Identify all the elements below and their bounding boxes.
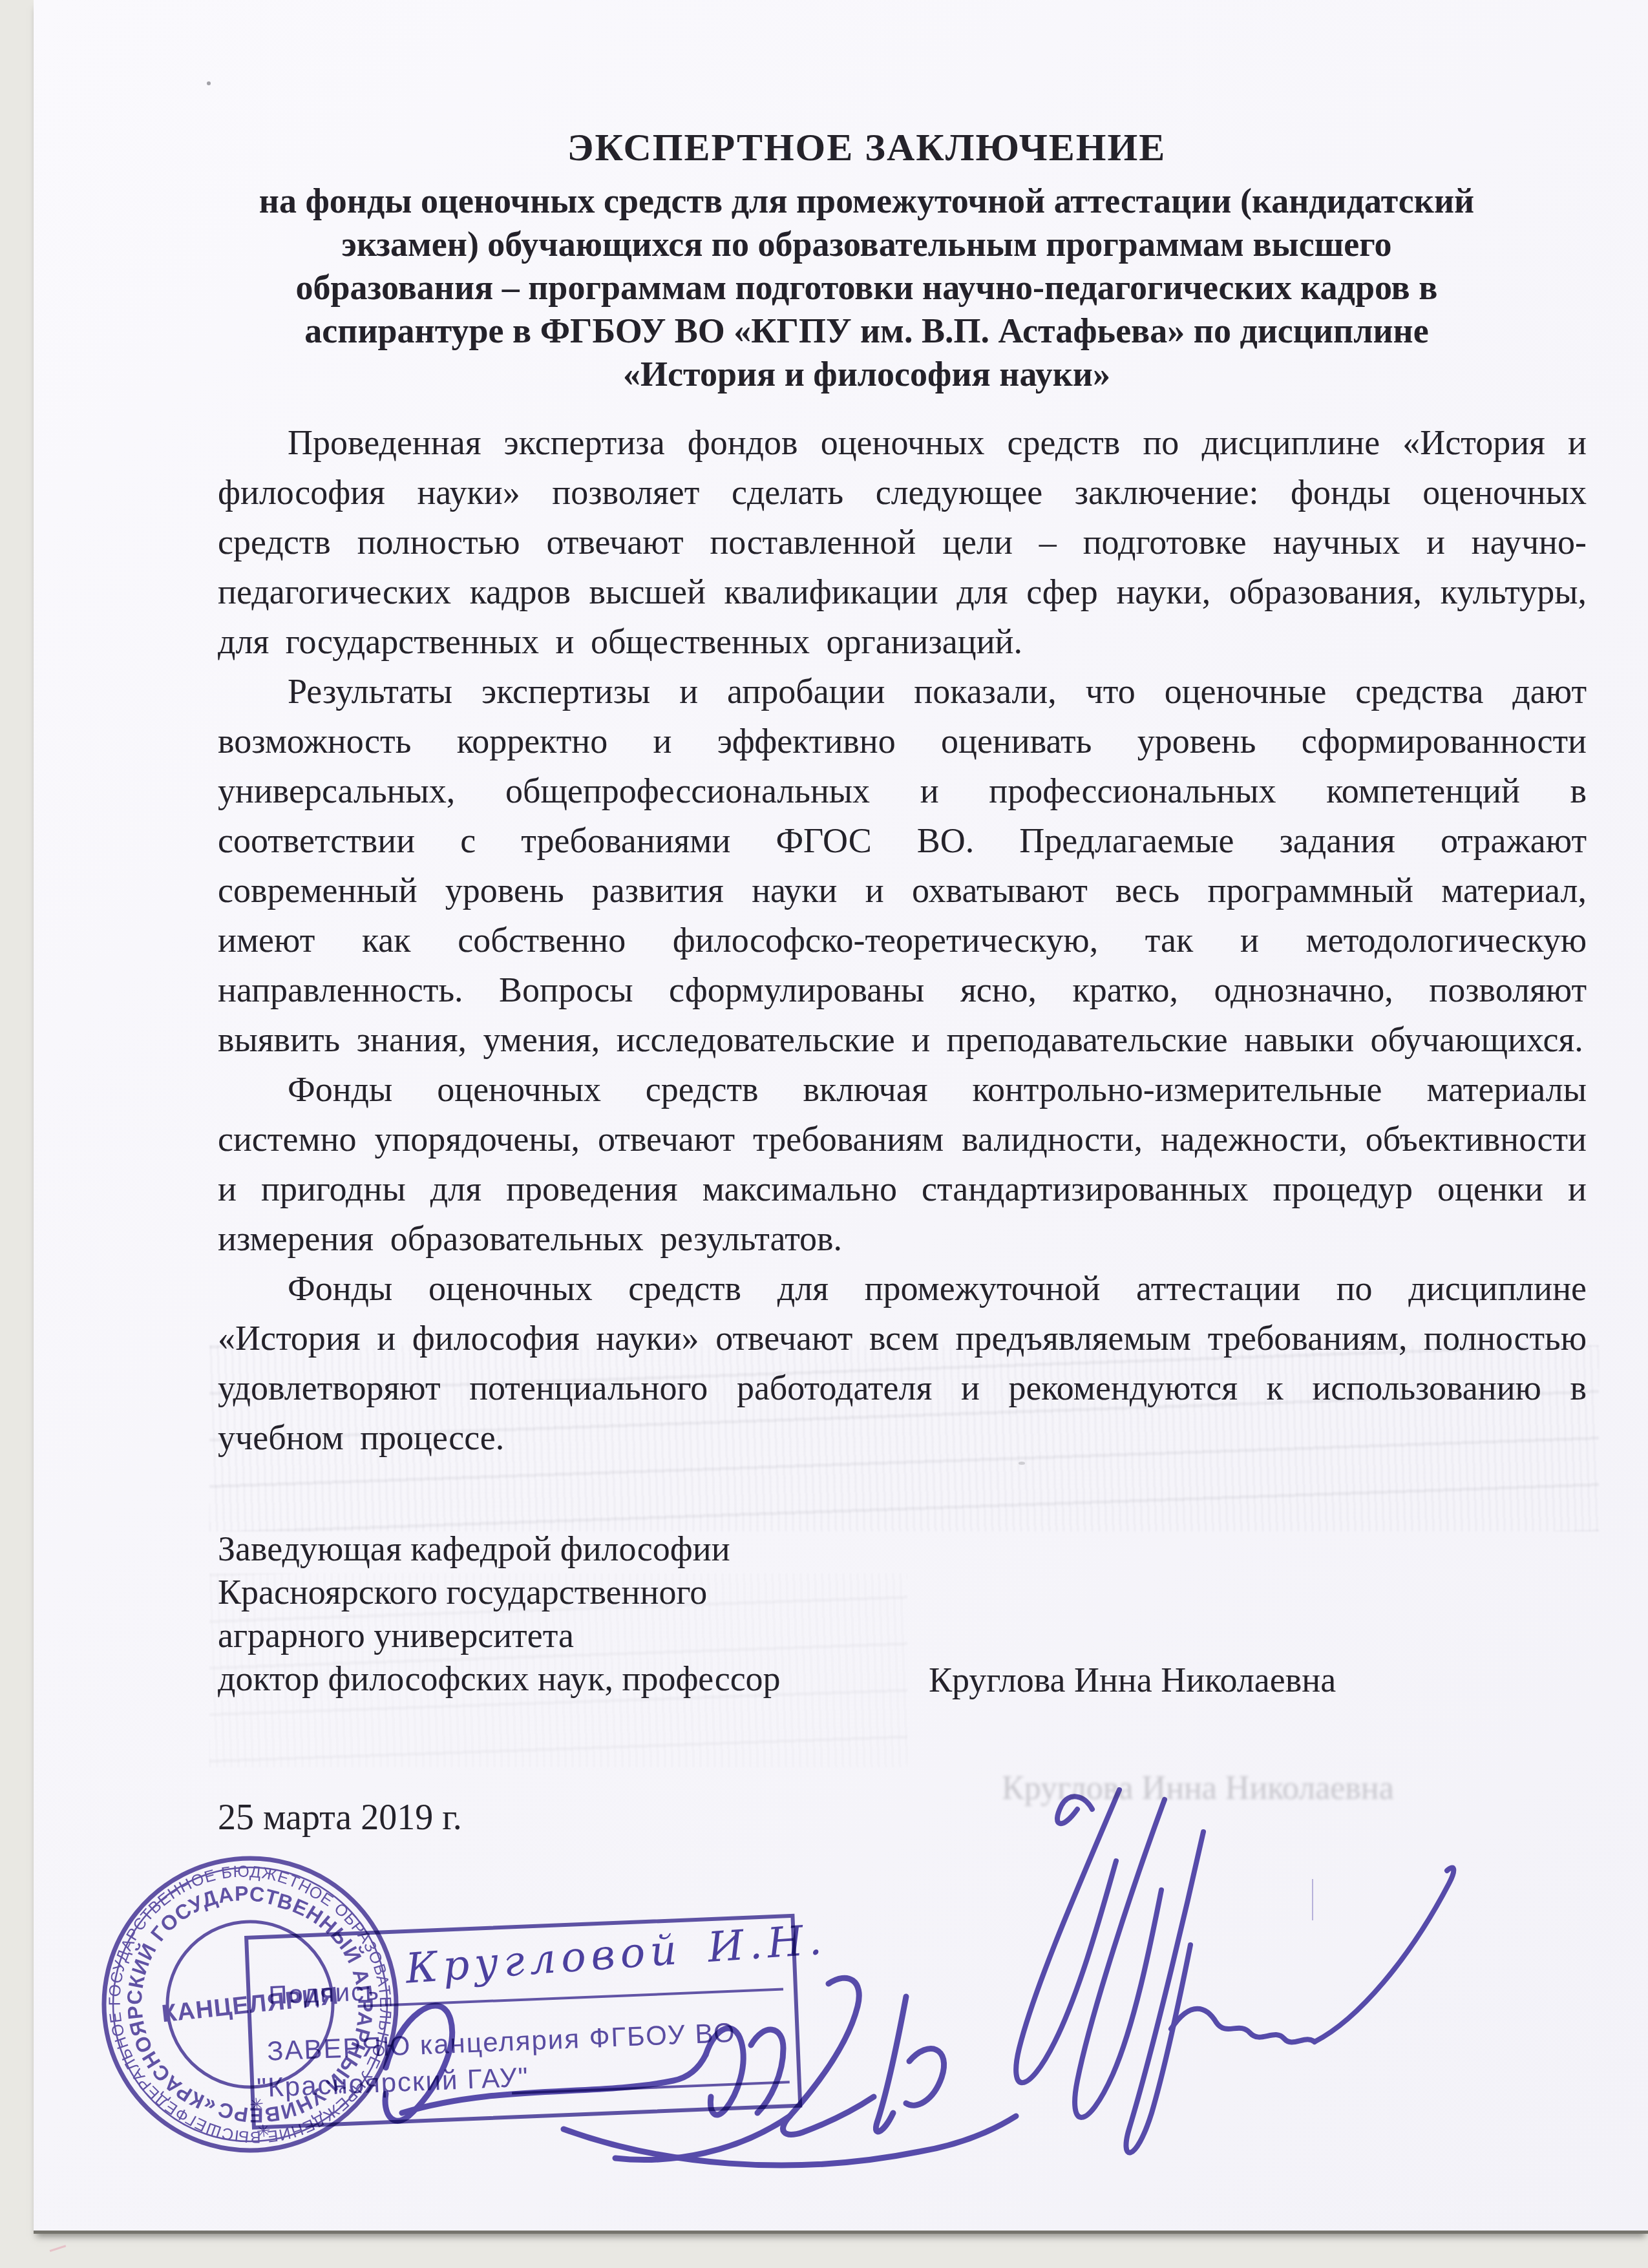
signer-degree: доктор философских наук, профессор <box>218 1659 781 1698</box>
document-page: ЭКСПЕРТНОЕ ЗАКЛЮЧЕНИЕ на фонды оценочных… <box>34 0 1648 2234</box>
handwritten-personal-signature <box>958 1770 1501 2197</box>
paragraph-4: Фонды оценочных средств для промежуточно… <box>218 1264 1587 1463</box>
subtitle-line: на фонды оценочных средств для промежуто… <box>182 180 1551 223</box>
subtitle-line: экзамен) обучающихся по образовательным … <box>182 223 1551 266</box>
document-body: Проведенная экспертиза фондов оценочных … <box>218 418 1587 1463</box>
scan-speck <box>1019 1462 1025 1465</box>
paragraph-1: Проведенная экспертиза фондов оценочных … <box>218 418 1587 667</box>
document-title: ЭКСПЕРТНОЕ ЗАКЛЮЧЕНИЕ <box>182 124 1551 171</box>
paragraph-3: Фонды оценочных средств включая контроль… <box>218 1065 1587 1264</box>
subtitle-line: образования – программам подготовки науч… <box>182 266 1551 310</box>
document-subtitle: на фонды оценочных средств для промежуто… <box>182 180 1551 396</box>
signature-block: Заведующая кафедрой философии Красноярск… <box>218 1528 1587 1701</box>
signer-position-line: аграрного университета <box>218 1614 1587 1657</box>
scan-speck <box>207 81 211 85</box>
signer-name: Круглова Инна Николаевна <box>929 1659 1336 1702</box>
scanner-strip-mark <box>50 2245 69 2258</box>
handwritten-flourish-signature <box>337 1958 1061 2171</box>
subtitle-line: «История и философия науки» <box>182 353 1551 396</box>
paragraph-2: Результаты экспертизы и апробации показа… <box>218 667 1587 1065</box>
document-content: ЭКСПЕРТНОЕ ЗАКЛЮЧЕНИЕ на фонды оценочных… <box>218 0 1587 1840</box>
signer-position-line: Красноярского государственного <box>218 1571 1587 1614</box>
signer-degree-row: доктор философских наук, профессор Кругл… <box>218 1657 1587 1701</box>
signer-position-line: Заведующая кафедрой философии <box>218 1528 1587 1571</box>
scanned-document-screenshot: { "document": { "title": "ЭКСПЕРТНОЕ ЗАК… <box>0 0 1648 2268</box>
subtitle-line: аспирантуре в ФГБОУ ВО «КГПУ им. В.П. Ас… <box>182 310 1551 353</box>
